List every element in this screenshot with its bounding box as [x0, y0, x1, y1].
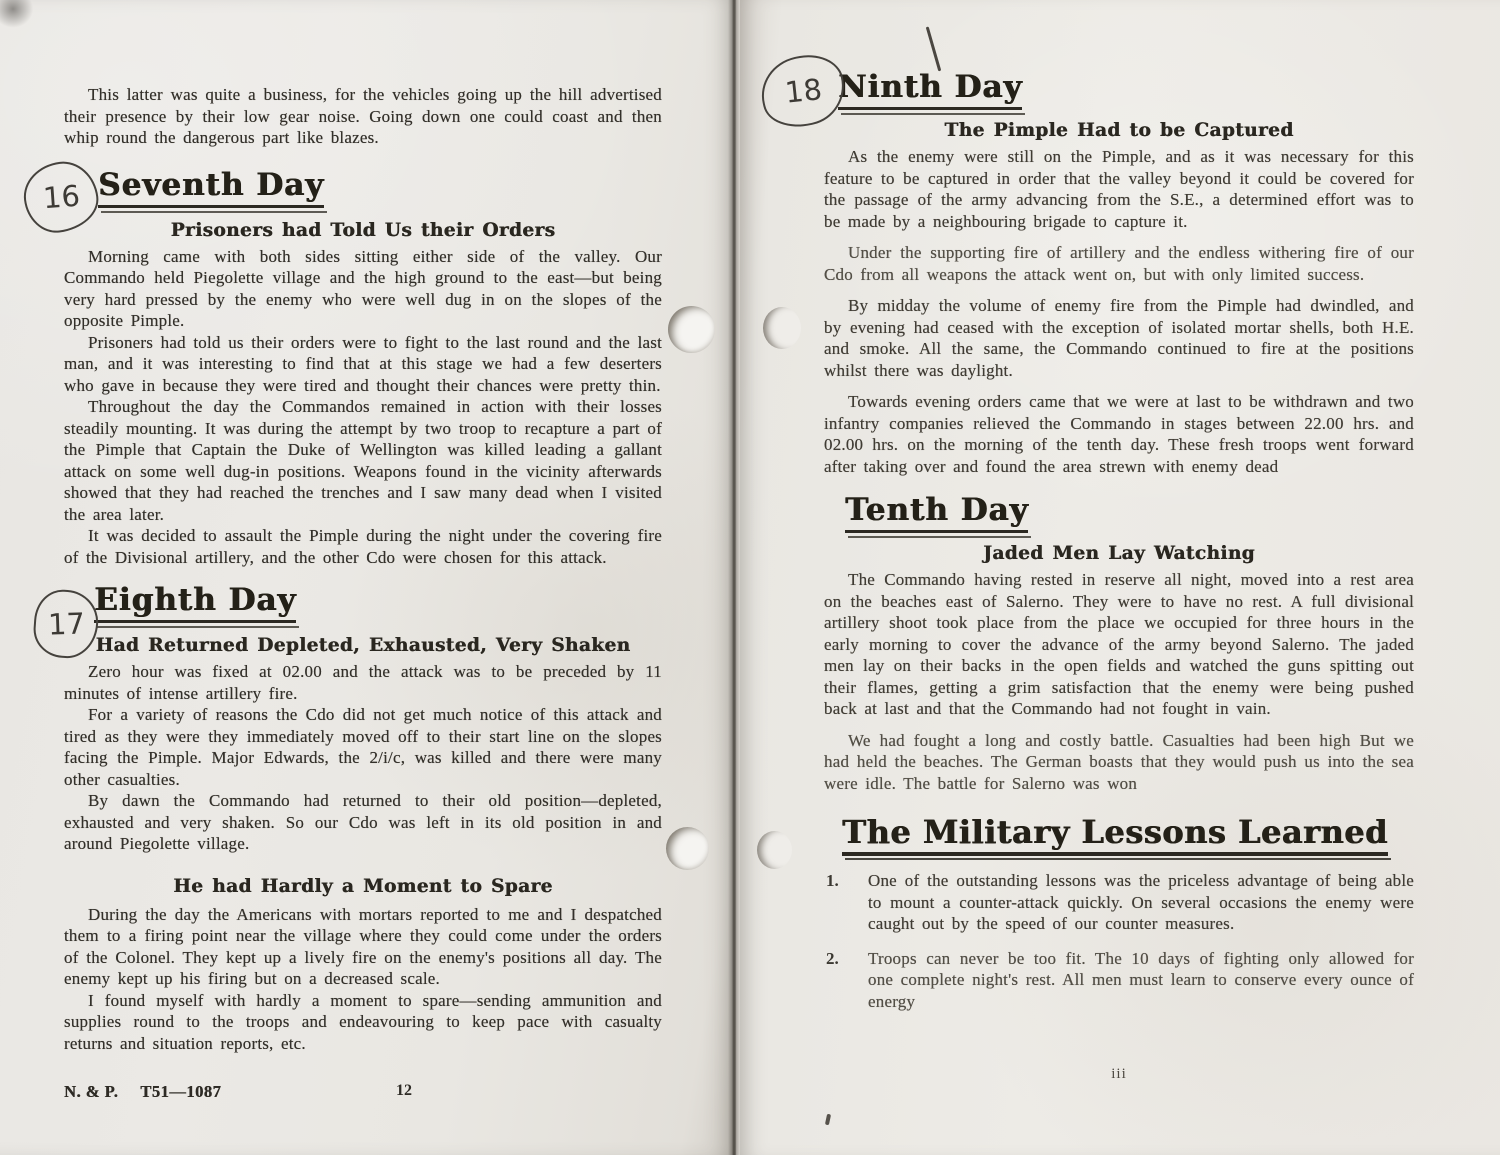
hole-punch [666, 827, 709, 870]
section-subheading: Jaded Men Lay Watching [824, 543, 1414, 564]
body-paragraph: Under the supporting fire of artillery a… [824, 242, 1414, 285]
body-paragraph: By dawn the Commando had returned to the… [64, 790, 662, 855]
section-heading-text: The Military Lessons Learned [842, 816, 1388, 856]
stray-ink-mark [825, 1114, 831, 1126]
body-paragraph: Throughout the day the Commandos remaine… [64, 396, 662, 525]
section-subheading: Had Returned Depleted, Exhausted, Very S… [64, 635, 662, 656]
handwritten-number-text: 16 [41, 179, 80, 215]
body-paragraph: It was decided to assault the Pimple dur… [64, 525, 662, 568]
list-item: 1. One of the outstanding lessons was th… [824, 870, 1414, 935]
printer-imprint: N. & P.T51—1087 [64, 1082, 221, 1102]
section-heading-seventh-day: Seventh Day [98, 168, 662, 208]
section-heading-text: Ninth Day [838, 72, 1022, 110]
body-paragraph: The Commando having rested in reserve al… [824, 569, 1414, 720]
body-paragraph: Prisoners had told us their orders were … [64, 332, 662, 397]
pen-stroke-mark [926, 27, 941, 72]
section-heading-tenth-day: Tenth Day [845, 493, 1414, 533]
left-page: This latter was quite a business, for th… [0, 0, 736, 1155]
scanned-booklet-spread: This latter was quite a business, for th… [0, 0, 1500, 1155]
section-heading-text: Tenth Day [845, 495, 1028, 533]
handwritten-number-text: 17 [47, 606, 85, 641]
body-paragraph: I found myself with hardly a moment to s… [64, 990, 662, 1055]
section-heading-text: Eighth Day [94, 585, 296, 623]
section-heading-military-lessons: The Military Lessons Learned [842, 816, 1414, 856]
body-paragraph: This latter was quite a business, for th… [64, 84, 662, 149]
body-paragraph: Towards evening orders came that we were… [824, 391, 1414, 477]
section-subheading: The Pimple Had to be Captured [824, 120, 1414, 141]
right-page: Ninth Day The Pimple Had to be Captured … [740, 0, 1500, 1155]
hole-punch [763, 307, 801, 349]
body-paragraph: During the day the Americans with mortar… [64, 904, 662, 990]
section-heading-text: Seventh Day [98, 170, 324, 208]
gutter-fold [728, 0, 740, 1155]
imprint-code: T51—1087 [140, 1082, 221, 1101]
list-item-text: Troops can never be too fit. The 10 days… [868, 948, 1414, 1013]
section-subheading: He had Hardly a Moment to Spare [64, 876, 662, 897]
body-paragraph: Zero hour was fixed at 02.00 and the att… [64, 661, 662, 704]
page-number-left: 12 [396, 1082, 412, 1100]
right-page-text-column: Ninth Day The Pimple Had to be Captured … [824, 70, 1414, 1025]
body-paragraph: We had fought a long and costly battle. … [824, 730, 1414, 795]
hole-punch [757, 831, 792, 869]
page-number-right: iii [824, 1066, 1414, 1083]
section-subheading: Prisoners had Told Us their Orders [64, 220, 662, 241]
imprint-text: N. & P. [64, 1082, 118, 1101]
lessons-list: 1. One of the outstanding lessons was th… [824, 870, 1414, 1012]
body-paragraph: For a variety of reasons the Cdo did not… [64, 704, 662, 790]
list-item: 2. Troops can never be too fit. The 10 d… [824, 948, 1414, 1013]
body-paragraph: By midday the volume of enemy fire from … [824, 295, 1414, 381]
list-item-text: One of the outstanding lessons was the p… [868, 870, 1414, 935]
left-page-text-column: This latter was quite a business, for th… [64, 84, 662, 1054]
list-item-number: 2. [826, 948, 839, 970]
corner-smudge [0, 0, 40, 34]
body-paragraph: Morning came with both sides sitting eit… [64, 246, 662, 332]
section-heading-eighth-day: Eighth Day [94, 583, 662, 623]
body-paragraph: As the enemy were still on the Pimple, a… [824, 146, 1414, 232]
handwritten-number-text: 18 [783, 72, 823, 110]
section-heading-ninth-day: Ninth Day [838, 70, 1414, 110]
list-item-number: 1. [826, 870, 839, 892]
hole-punch [668, 306, 715, 353]
